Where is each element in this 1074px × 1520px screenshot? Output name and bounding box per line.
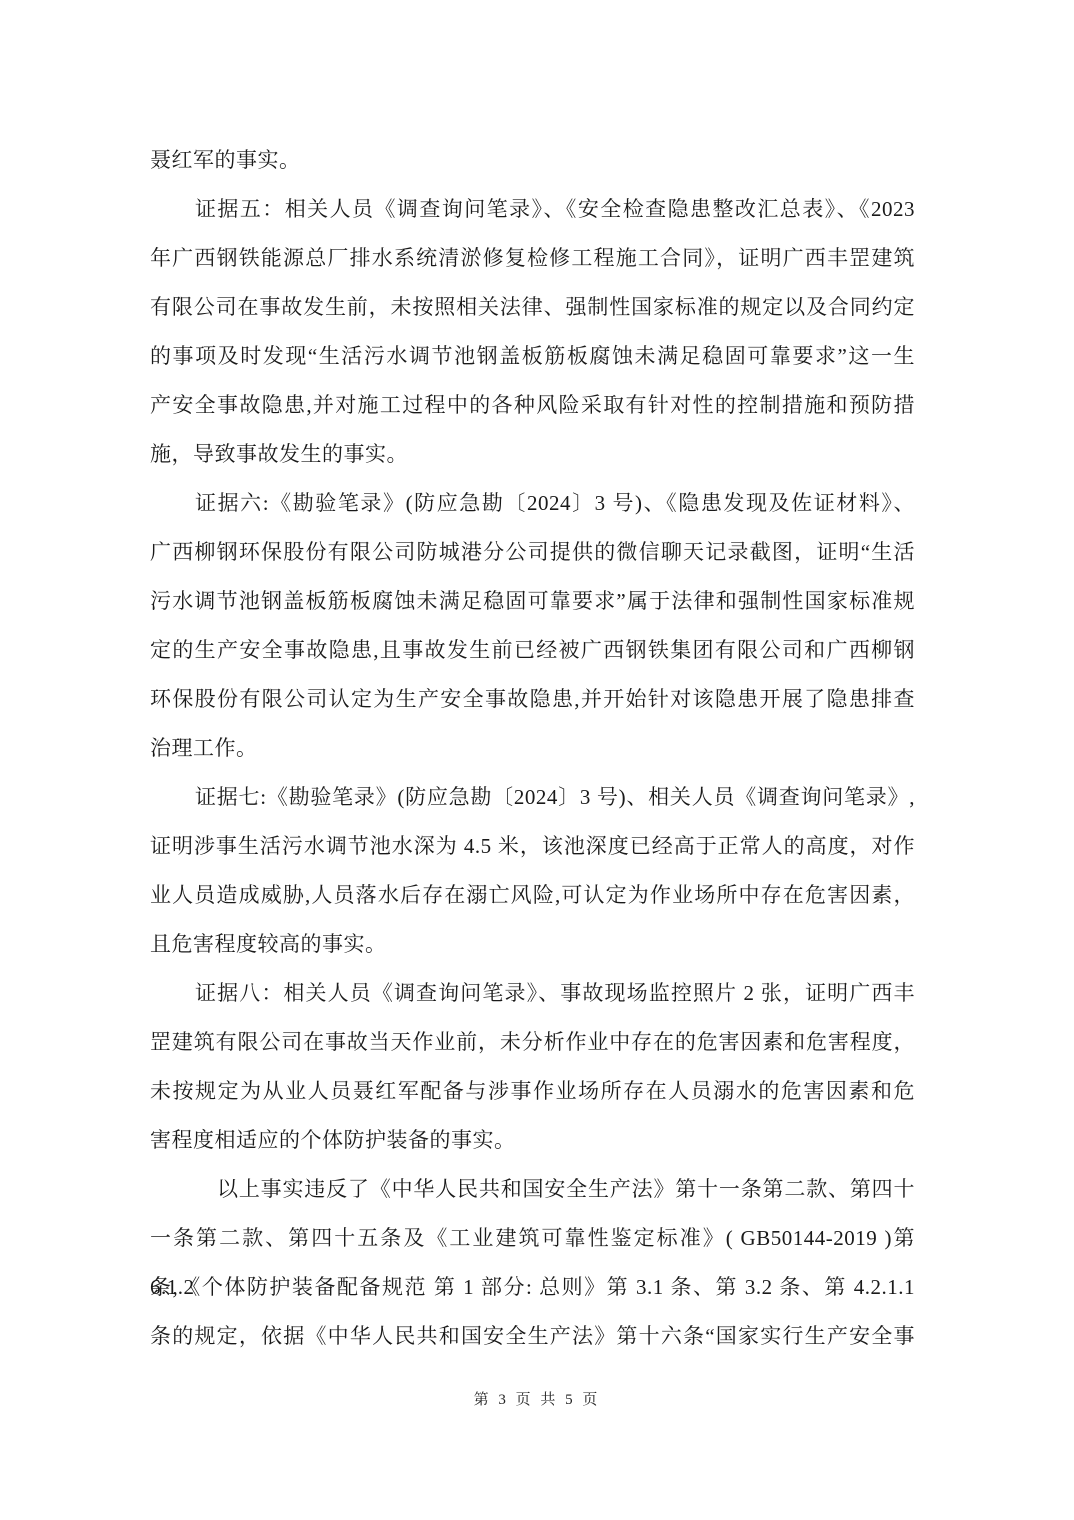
text-line: 业人员造成威胁,人员落水后存在溺亡风险,可认定为作业场所中存在危害因素， (150, 871, 915, 920)
text-line: 污水调节池钢盖板筋板腐蚀未满足稳固可靠要求”属于法律和强制性国家标准规 (150, 577, 915, 626)
page-number-footer: 第 3 页 共 5 页 (0, 1388, 1074, 1409)
text-line: 有限公司在事故发生前，未按照相关法律、强制性国家标准的规定以及合同约定 (150, 283, 915, 332)
document-page: 聂红军的事实。证据五：相关人员《调查询问笔录》、《安全检查隐患整改汇总表》、《2… (0, 0, 1074, 1520)
text-line: 害程度相适应的个体防护装备的事实。 (150, 1116, 915, 1165)
text-line: 未按规定为从业人员聂红军配备与涉事作业场所存在人员溺水的危害因素和危 (150, 1067, 915, 1116)
text-line: 的事项及时发现“生活污水调节池钢盖板筋板腐蚀未满足稳固可靠要求”这一生 (150, 332, 915, 381)
text-line: 且危害程度较高的事实。 (150, 920, 915, 969)
text-line: 条,《个体防护装备配备规范 第 1 部分: 总则》第 3.1 条、第 3.2 条… (150, 1263, 915, 1312)
text-line: 一条第二款、第四十五条及《工业建筑可靠性鉴定标准》( GB50144-2019 … (150, 1214, 915, 1263)
text-line: 证明涉事生活污水调节池水深为 4.5 米，该池深度已经高于正常人的高度，对作 (150, 822, 915, 871)
text-line: 产安全事故隐患,并对施工过程中的各种风险采取有针对性的控制措施和预防措 (150, 381, 915, 430)
text-line: 证据五：相关人员《调查询问笔录》、《安全检查隐患整改汇总表》、《2023 (150, 185, 915, 234)
text-line: 罡建筑有限公司在事故当天作业前，未分析作业中存在的危害因素和危害程度， (150, 1018, 915, 1067)
text-line: 聂红军的事实。 (150, 136, 915, 185)
text-line: 证据六:《勘验笔录》(防应急勘〔2024〕3 号)、《隐患发现及佐证材料》、 (150, 479, 915, 528)
text-line: 以上事实违反了《中华人民共和国安全生产法》第十一条第二款、第四十 (150, 1165, 915, 1214)
text-line: 条的规定，依据《中华人民共和国安全生产法》第十六条“国家实行生产安全事 (150, 1312, 915, 1361)
text-line: 治理工作。 (150, 724, 915, 773)
text-line: 年广西钢铁能源总厂排水系统清淤修复检修工程施工合同》，证明广西丰罡建筑 (150, 234, 915, 283)
text-line: 证据八：相关人员《调查询问笔录》、事故现场监控照片 2 张，证明广西丰 (150, 969, 915, 1018)
text-line: 广西柳钢环保股份有限公司防城港分公司提供的微信聊天记录截图，证明“生活 (150, 528, 915, 577)
text-line: 证据七:《勘验笔录》(防应急勘〔2024〕3 号)、相关人员《调查询问笔录》, (150, 773, 915, 822)
document-body: 聂红军的事实。证据五：相关人员《调查询问笔录》、《安全检查隐患整改汇总表》、《2… (150, 136, 915, 1361)
text-line: 环保股份有限公司认定为生产安全事故隐患,并开始针对该隐患开展了隐患排查 (150, 675, 915, 724)
text-line: 定的生产安全事故隐患,且事故发生前已经被广西钢铁集团有限公司和广西柳钢 (150, 626, 915, 675)
text-line: 施，导致事故发生的事实。 (150, 430, 915, 479)
